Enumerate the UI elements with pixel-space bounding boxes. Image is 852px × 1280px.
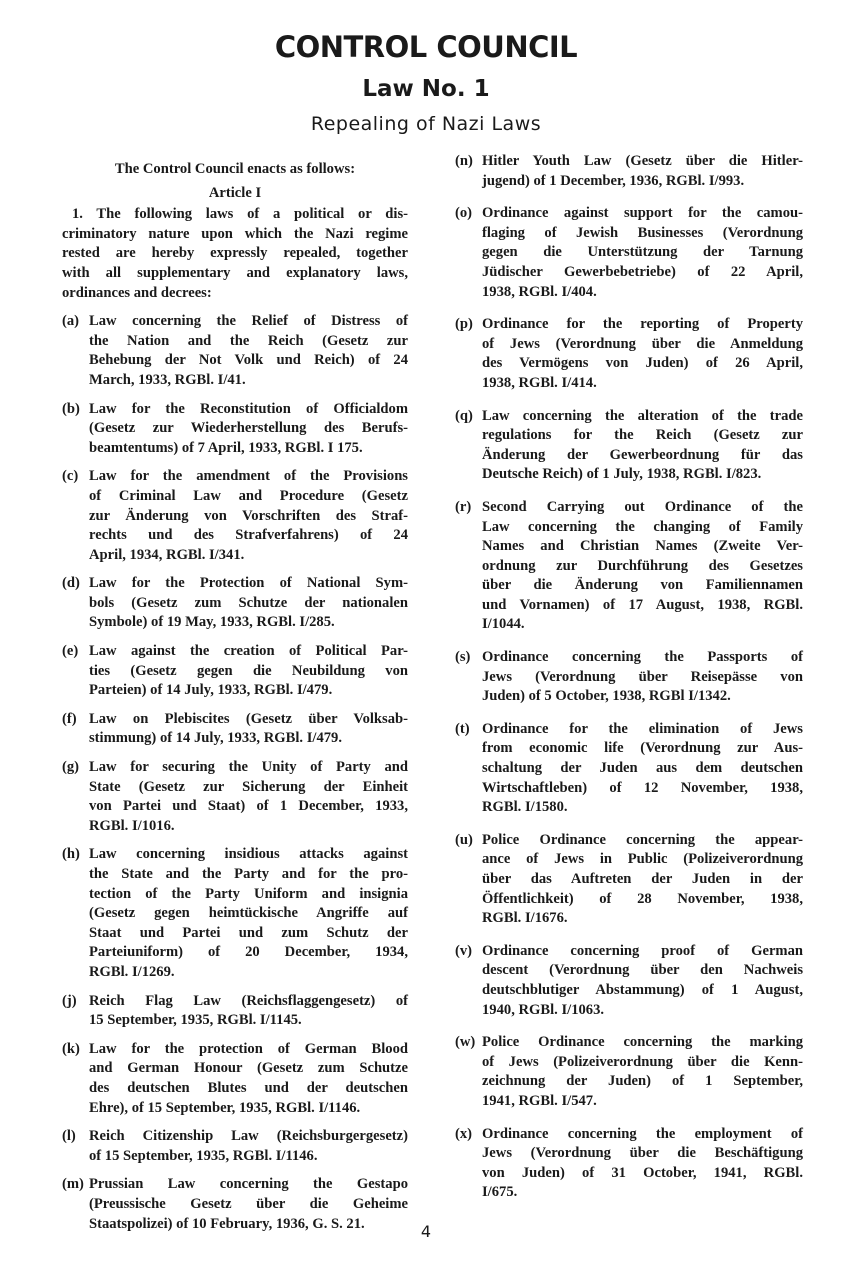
law-item-line: Law for the Reconstitution of Officialdo… [89,400,408,420]
law-item-line: Hitler Youth Law (Gesetz über die Hitler… [482,152,803,172]
law-item-label: (c) [62,467,78,487]
left-item-list: (a)Law concerning the Relief of Distress… [62,312,408,1234]
law-item-label: (t) [455,720,470,740]
law-item: (a)Law concerning the Relief of Distress… [62,312,408,390]
law-item: (o)Ordinance against support for the cam… [455,204,803,302]
law-item-line: und Vornamen) of 17 August, 1938, RGBl. [482,596,803,616]
law-item-line: Law for the protection of German Blood [89,1040,408,1060]
law-item-line: Änderung der Gewerbeordnung für das [482,446,803,466]
law-item-line: ordnung zur Durchführung des Gesetzes [482,557,803,577]
paragraph-line: rested are hereby expressly repealed, to… [62,244,408,264]
law-item-line: Jews (Verordnung über die Beschäftigung [482,1144,803,1164]
law-item-line: 15 September, 1935, RGBl. I/1145. [89,1011,408,1031]
law-item-line: Parteien) of 14 July, 1933, RGBl. I/479. [89,681,408,701]
law-item-line: Wirtschaftleben) of 12 November, 1938, [482,779,803,799]
paragraph-line: 1. The following laws of a political or … [62,205,408,225]
law-item-label: (p) [455,315,473,335]
law-item-label: (k) [62,1040,80,1060]
law-item-line: Deutsche Reich) of 1 July, 1938, RGBl. I… [482,465,803,485]
right-item-list: (n)Hitler Youth Law (Gesetz über die Hit… [455,152,803,1203]
law-item: (w)Police Ordinance concerning the marki… [455,1033,803,1111]
law-item-line: des deutschen Blutes und der deutschen [89,1079,408,1099]
law-item-line: Ordinance concerning the Passports of [482,648,803,668]
law-item: (p)Ordinance for the reporting of Proper… [455,315,803,393]
law-item-line: 1938, RGBl. I/404. [482,283,803,303]
law-item-line: State (Gesetz zur Sicherung der Einheit [89,778,408,798]
law-item-line: Reich Flag Law (Reichsflaggengesetz) of [89,992,408,1012]
law-item-label: (j) [62,992,77,1012]
law-item-label: (m) [62,1175,84,1195]
law-item: (k)Law for the protection of German Bloo… [62,1040,408,1118]
law-item-line: Names and Christian Names (Zweite Ver- [482,537,803,557]
law-item: (q)Law concerning the alteration of the … [455,407,803,485]
law-item: (g)Law for securing the Unity of Party a… [62,758,408,836]
law-item-label: (d) [62,574,80,594]
law-item-label: (b) [62,400,80,420]
left-column: The Control Council enacts as follows: A… [62,160,408,1234]
law-item-line: (Preussische Gesetz über die Geheime [89,1195,408,1215]
law-item-line: bols (Gesetz zum Schutze der nationalen [89,594,408,614]
law-item-line: Law for the amendment of the Provisions [89,467,408,487]
law-item-label: (w) [455,1033,475,1053]
page-number: 4 [0,1222,852,1241]
paragraph-1: 1. The following laws of a political or … [62,205,408,303]
law-item: (x)Ordinance concerning the employment o… [455,1125,803,1203]
law-item-line: ance of Jews in Public (Polizeiverordnun… [482,850,803,870]
law-item-line: Ehre), of 15 September, 1935, RGBl. I/11… [89,1099,408,1119]
law-item-line: ties (Gesetz gegen die Neubildung von [89,662,408,682]
enactment-intro: The Control Council enacts as follows: [62,160,408,180]
law-item: (e)Law against the creation of Political… [62,642,408,701]
law-item-label: (v) [455,942,472,962]
law-item-label: (l) [62,1127,76,1147]
law-item: (c)Law for the amendment of the Provisio… [62,467,408,565]
law-item-line: über das Auftreten der Juden in der [482,870,803,890]
law-item-line: Law for securing the Unity of Party and [89,758,408,778]
law-item: (n)Hitler Youth Law (Gesetz über die Hit… [455,152,803,191]
law-item-line: Second Carrying out Ordinance of the [482,498,803,518]
law-item-line: Law concerning the Relief of Distress of [89,312,408,332]
law-item-label: (q) [455,407,473,427]
law-item-line: gegen die Unterstützung der Tarnung [482,243,803,263]
law-item-line: March, 1933, RGBl. I/41. [89,371,408,391]
law-item-line: of Jews (Verordnung über die Anmeldung [482,335,803,355]
law-item-line: of Jews (Polizeiverordnung über die Kenn… [482,1053,803,1073]
law-item-line: Law concerning the alteration of the tra… [482,407,803,427]
law-item-line: Law on Plebiscites (Gesetz über Volksab- [89,710,408,730]
law-item-line: from economic life (Verordnung zur Aus- [482,739,803,759]
law-item-line: I/1044. [482,615,803,635]
law-item: (h)Law concerning insidious attacks agai… [62,845,408,982]
law-item-line: Staat und Partei und zum Schutz der [89,924,408,944]
law-item-line: Jews (Verordnung über Reisepässe von [482,668,803,688]
law-item-line: Öffentlichkeit) of 28 November, 1938, [482,890,803,910]
law-item-line: Law concerning insidious attacks against [89,845,408,865]
law-item-label: (h) [62,845,80,865]
law-item-line: regulations for the Reich (Gesetz zur [482,426,803,446]
law-item-label: (g) [62,758,79,778]
law-item-line: and German Honour (Gesetz zum Schutze [89,1059,408,1079]
law-item-line: Jüdischer Gewerbebetriebe) of 22 April, [482,263,803,283]
law-item-label: (x) [455,1125,472,1145]
paragraph-line: ordinances and decrees: [62,284,408,304]
law-item: (t)Ordinance for the elimination of Jews… [455,720,803,818]
law-item-line: jugend) of 1 December, 1936, RGBl. I/993… [482,172,803,192]
law-item-label: (u) [455,831,473,851]
law-item-line: des Vermögens von Juden) of 26 April, [482,354,803,374]
law-item: (f)Law on Plebiscites (Gesetz über Volks… [62,710,408,749]
law-item-line: Ordinance against support for the camou- [482,204,803,224]
law-item-line: of 15 September, 1935, RGBl. I/1146. [89,1147,408,1167]
law-item-line: Parteiuniform) of 20 December, 1934, [89,943,408,963]
paragraph-line: with all supplementary and explanatory l… [62,264,408,284]
law-item-line: Police Ordinance concerning the marking [482,1033,803,1053]
law-item-line: (Gesetz gegen heimtückische Angriffe auf [89,904,408,924]
law-item-line: Reich Citizenship Law (Reichsburgergeset… [89,1127,408,1147]
law-item-line: RGBl. I/1016. [89,817,408,837]
law-item-line: rechts und des Strafverfahrens) of 24 [89,526,408,546]
law-item-line: I/675. [482,1183,803,1203]
document-title: CONTROL COUNCIL [0,30,852,64]
law-item-line: the Nation and the Reich (Gesetz zur [89,332,408,352]
law-subtitle: Repealing of Nazi Laws [0,113,852,135]
law-item-line: of Criminal Law and Procedure (Gesetz [89,487,408,507]
law-item: (j)Reich Flag Law (Reichsflaggengesetz) … [62,992,408,1031]
law-item-label: (s) [455,648,470,668]
law-item-line: stimmung) of 14 July, 1933, RGBl. I/479. [89,729,408,749]
law-item-label: (e) [62,642,78,662]
law-item-line: Law against the creation of Political Pa… [89,642,408,662]
law-item-line: April, 1934, RGBl. I/341. [89,546,408,566]
law-item-line: über die Änderung von Familiennamen [482,576,803,596]
law-item-line: RGBl. I/1580. [482,798,803,818]
law-item-line: RGBl. I/1676. [482,909,803,929]
law-item-line: Ordinance concerning proof of German [482,942,803,962]
law-item-line: 1941, RGBl. I/547. [482,1092,803,1112]
law-item: (b)Law for the Reconstitution of Officia… [62,400,408,459]
law-item-line: von Partei und Staat) of 1 December, 193… [89,797,408,817]
law-item-line: 1938, RGBl. I/414. [482,374,803,394]
right-column: (n)Hitler Youth Law (Gesetz über die Hit… [455,152,803,1203]
law-item: (l)Reich Citizenship Law (Reichsburgerge… [62,1127,408,1166]
law-item-line: beamtentums) of 7 April, 1933, RGBl. I 1… [89,439,408,459]
law-item-line: (Gesetz zur Wiederherstellung des Berufs… [89,419,408,439]
law-item-line: Ordinance for the elimination of Jews [482,720,803,740]
law-item-line: Law concerning the changing of Family [482,518,803,538]
law-item: (s)Ordinance concerning the Passports of… [455,648,803,707]
law-item-line: Ordinance for the reporting of Property [482,315,803,335]
law-item-line: tection of the Party Uniform and insigni… [89,885,408,905]
law-item-line: zeichnung der Juden) of 1 September, [482,1072,803,1092]
law-item-line: deutschblutiger Abstammung) of 1 August, [482,981,803,1001]
law-item-line: Behebung der Not Volk und Reich) of 24 [89,351,408,371]
law-item-line: zur Änderung von Vorschriften des Straf- [89,507,408,527]
law-item-line: von Juden) of 31 October, 1941, RGBl. [482,1164,803,1184]
law-item-label: (r) [455,498,471,518]
law-item: (u)Police Ordinance concerning the appea… [455,831,803,929]
law-item-label: (o) [455,204,472,224]
law-item-line: Symbole) of 19 May, 1933, RGBl. I/285. [89,613,408,633]
law-item-line: Police Ordinance concerning the appear- [482,831,803,851]
law-item-line: Ordinance concerning the employment of [482,1125,803,1145]
law-item-label: (n) [455,152,473,172]
law-item-line: schaltung der Juden aus dem deutschen [482,759,803,779]
law-item-line: Law for the Protection of National Sym- [89,574,408,594]
law-item-label: (f) [62,710,77,730]
law-item: (r)Second Carrying out Ordinance of theL… [455,498,803,635]
law-item-line: Juden) of 5 October, 1938, RGBl I/1342. [482,687,803,707]
law-item-line: RGBl. I/1269. [89,963,408,983]
law-item-line: Prussian Law concerning the Gestapo [89,1175,408,1195]
law-item: (d)Law for the Protection of National Sy… [62,574,408,633]
law-item-label: (a) [62,312,79,332]
law-item-line: 1940, RGBl. I/1063. [482,1001,803,1021]
law-item-line: flaging of Jewish Businesses (Verordnung [482,224,803,244]
article-heading: Article I [62,184,408,204]
law-number: Law No. 1 [0,76,852,102]
paragraph-line: criminatory nature upon which the Nazi r… [62,225,408,245]
law-item-line: descent (Verordnung über den Nachweis [482,961,803,981]
law-item: (v)Ordinance concerning proof of Germand… [455,942,803,1020]
law-item-line: the State and the Party and for the pro- [89,865,408,885]
